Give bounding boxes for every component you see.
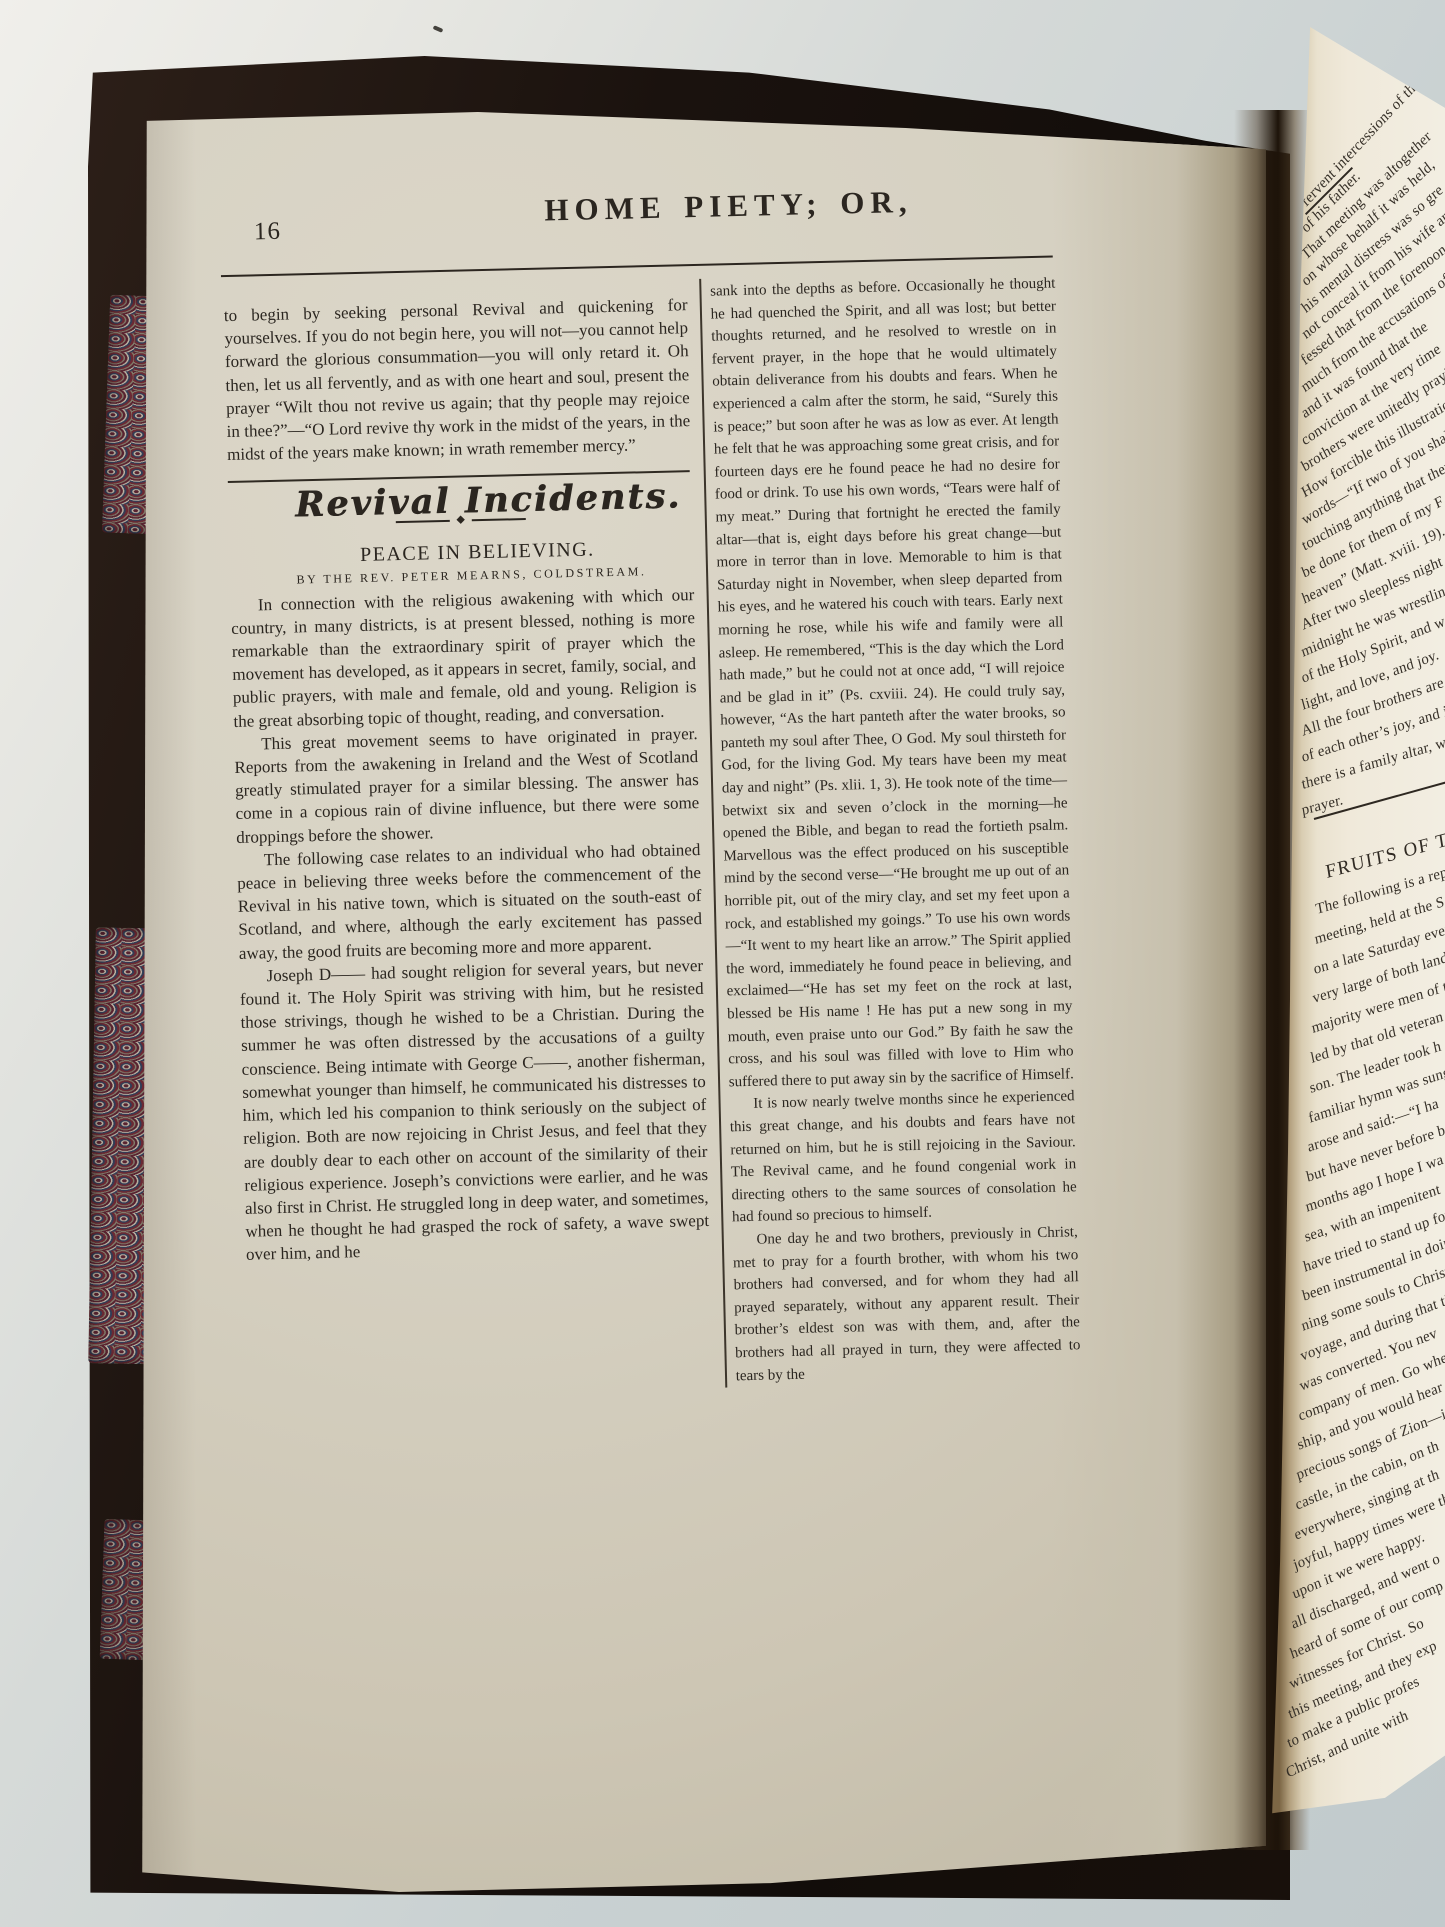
body-paragraph: sank into the depths as before. Occasion… <box>710 272 1074 1093</box>
column-1: to begin by seeking personal Revival and… <box>221 279 719 1399</box>
body-paragraph: This great movement seems to have origin… <box>234 722 700 849</box>
body-paragraph: It is now nearly twelve months since he … <box>729 1086 1077 1230</box>
body-paragraph: The following case relates to an individ… <box>236 838 702 965</box>
body-paragraph: One day he and two brothers, previously … <box>732 1221 1081 1387</box>
book-photo: 16 HOME PIETY; OR, to begin by seeking p… <box>0 0 1445 1927</box>
text-columns: to begin by seeking personal Revival and… <box>221 270 1081 1398</box>
left-page: 16 HOME PIETY; OR, to begin by seeking p… <box>140 112 1266 1892</box>
column-2: sank into the depths as before. Occasion… <box>701 270 1081 1387</box>
running-header: HOME PIETY; OR, <box>165 175 1292 238</box>
continuation-paragraph: to begin by seeking personal Revival and… <box>224 293 691 466</box>
diamond-ornament-icon: ◆ <box>456 515 465 526</box>
left-page-content: 16 HOME PIETY; OR, to begin by seeking p… <box>123 98 1291 1904</box>
body-paragraph: Joseph D—— had sought religion for sever… <box>239 954 710 1266</box>
body-paragraph: In connection with the religious awakeni… <box>230 583 697 733</box>
